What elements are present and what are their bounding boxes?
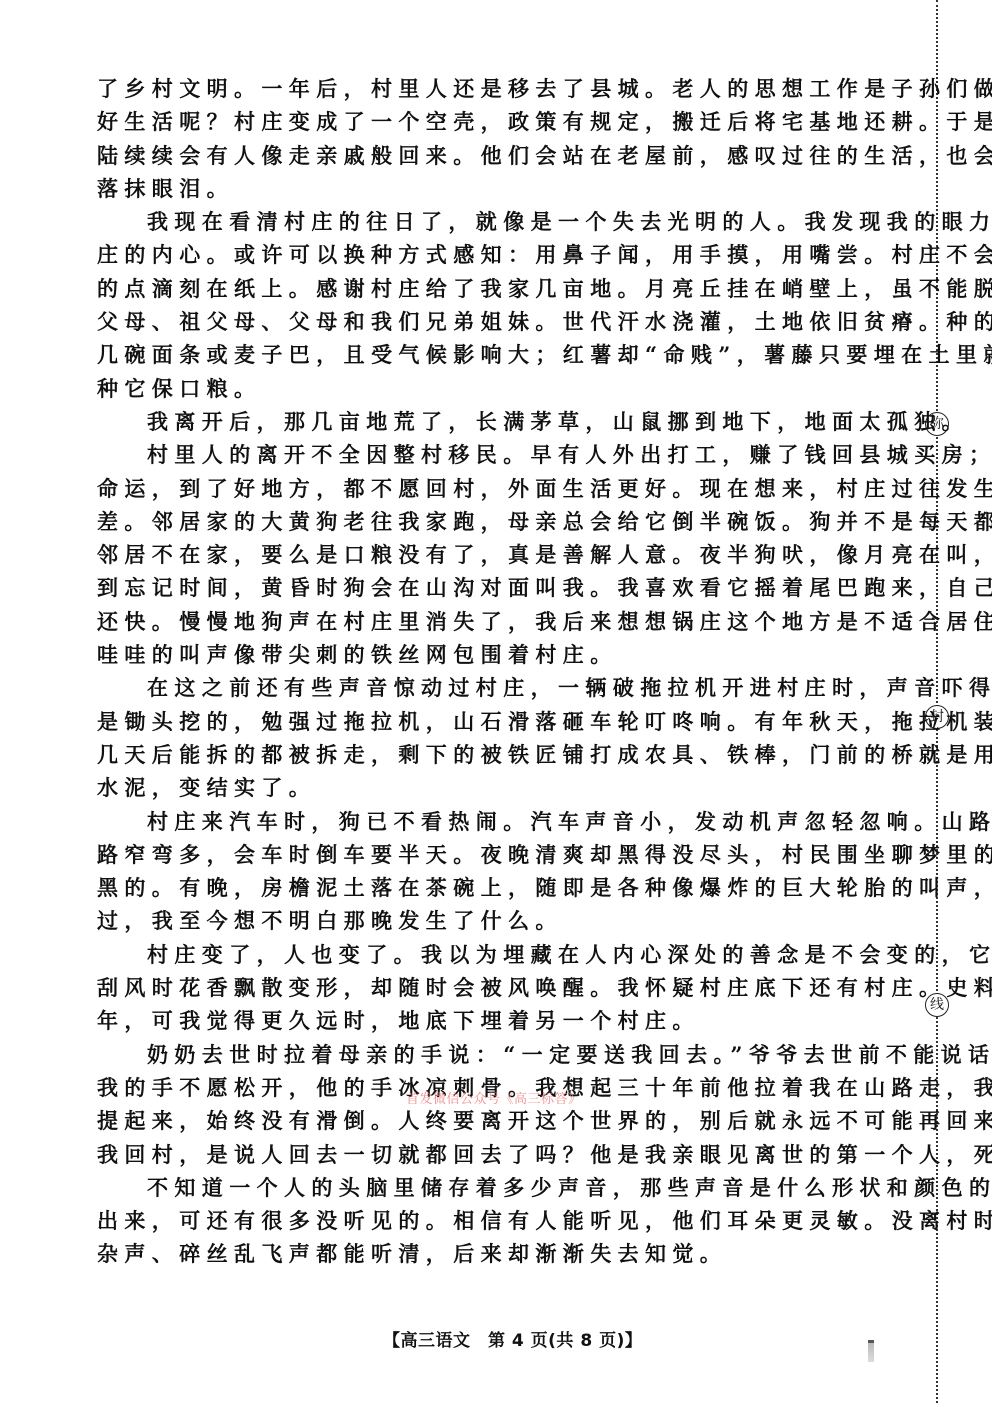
text-line: 种它保口粮。: [97, 372, 897, 405]
text-line: 是锄头挖的，勉强过拖拉机，山石滑落砸车轮叮咚响。有年秋天，拖拉机装着麦子在村口坏…: [97, 705, 897, 738]
text-line: 我回村，是说人回去一切就都回去了吗？他是我亲眼见离世的第一个人，死得十分安详。: [97, 1138, 897, 1171]
text-line: 年，可我觉得更久远时，地底下埋着另一个村庄。: [97, 1004, 897, 1037]
watermark-text: 首发微信公众号《高三标答》: [406, 1088, 582, 1107]
text-line: 好生活呢？村庄变成了一个空壳，政策有规定，搬迁后将宅基地还耕。于是村庄里除了寺庙…: [97, 105, 897, 138]
text-line: 命运，到了好地方，都不愿回村，外面生活更好。现在想来，村庄过往发生的事情多因生活…: [97, 472, 897, 505]
text-line: 刮风时花香飘散变形，却随时会被风唤醒。我怀疑村庄底下还有村庄。史料说村史仅一百余: [97, 971, 897, 1004]
text-line: 提起来，始终没有滑倒。人终要离开这个世界的，别后就永远不可能再回来。爷爷离别前示…: [97, 1104, 897, 1137]
text-line: 哇哇的叫声像带尖刺的铁丝网包围着村庄。: [97, 638, 897, 671]
text-line: 黑的。有晚，房檐泥土落在茶碗上，随即是各种像爆炸的巨大轮胎的叫声，从村庄的上空碾…: [97, 871, 897, 904]
text-line: 落抹眼泪。: [97, 172, 897, 205]
text-line: 还快。慢慢地狗声在村庄里消失了，我后来想想锅庄这个地方是不适合居住的。乌鸦特别多…: [97, 605, 897, 638]
text-line: 我现在看清村庄的往日了，就像是一个失去光明的人。我发现我的眼力有限，很难透视村: [97, 205, 897, 238]
text-line: 奶奶去世时拉着母亲的手说：“一定要送我回去。”爷爷去世前不能说话，耳朵还好，他拉…: [97, 1038, 897, 1071]
footer-corner-mark: [868, 1340, 874, 1362]
text-line: 差。邻居家的大黄狗老往我家跑，母亲总会给它倒半碗饭。狗并不是每天都来，每次来要么…: [97, 505, 897, 538]
text-line: 到忘记时间，黄昏时狗会在山沟对面叫我。我喜欢看它摇着尾巴跑来，自己沿着小路跑得比…: [97, 571, 897, 604]
text-line: 出来，可还有很多没听见的。相信有人能听见，他们耳朵更灵敏。没离村时我耳朵很灵，阴…: [97, 1204, 897, 1237]
text-line: 路窄弯多，会车时倒车要半天。夜晚清爽却黑得没尽头，村民围坐聊梦里的话题，声音和人…: [97, 838, 897, 871]
text-line: 水泥，变结实了。: [97, 771, 897, 804]
text-line: 父母、祖父母、父母和我们兄弟姐妹。世代汗水浇灌，土地依旧贫瘠。种的麦子收成少，仅…: [97, 305, 897, 338]
text-line: 我离开后，那几亩地荒了，长满茅草，山鼠挪到地下，地面太孤独。: [97, 405, 897, 438]
text-line: 了乡村文明。一年后，村里人还是移去了县城。老人的思想工作是子孙们做通的，谁不向往…: [97, 72, 897, 105]
text-line: 陆续续会有人像走亲戚般回来。他们会站在老屋前，感叹过往的生活，也会站在村庄的某个…: [97, 139, 897, 172]
text-line: 村庄变了，人也变了。我以为埋藏在人内心深处的善念是不会变的，它与附近森林贴得近，: [97, 938, 897, 971]
text-line: 过，我至今想不明白那晚发生了什么。: [97, 904, 897, 937]
text-line: 邻居不在家，要么是口粮没有了，真是善解人意。夜半狗吠，像月亮在叫，悠远飘忽。我放…: [97, 538, 897, 571]
text-line: 的点滴刻在纸上。感谢村庄给了我家几亩地。月亮丘挂在峭壁上，虽不能脱贫，却养活了曾…: [97, 272, 897, 305]
text-line: 庄的内心。或许可以换种方式感知：用鼻子闻，用手摸，用嘴尝。村庄不会拒绝，我会用心…: [97, 238, 897, 271]
text-line: 村庄来汽车时，狗已不看热闹。汽车声音小，发动机声忽轻忽响。山路铺了水泥仍不好走，: [97, 805, 897, 838]
text-line: 杂声、碎丝乱飞声都能听清，后来却渐渐失去知觉。: [97, 1237, 897, 1270]
text-line: 不知道一个人的头脑里储存着多少声音，那些声音是什么形状和颜色的。我想把听到的说: [97, 1171, 897, 1204]
page-footer: 【高三语文 第 4 页(共 8 页)】: [383, 1326, 642, 1351]
text-line: 几天后能拆的都被拆走，剩下的被铁匠铺打成农具、铁棒，门前的桥就是用铁棒焊的，后来…: [97, 738, 897, 771]
text-line: 几碗面条或麦子巴，且受气候影响大；红薯却“命贱”，薯藤只要埋在土里就会长果实，村…: [97, 338, 897, 371]
text-line: 村里人的离开不全因整村移民。早有人外出打工，赚了钱回县城买房；有些孩子读书改变: [97, 438, 897, 471]
text-line: 在这之前还有些声音惊动过村庄，一辆破拖拉机开进村庄时，声音吓得鸡鸭满天飞。村路: [97, 671, 897, 704]
